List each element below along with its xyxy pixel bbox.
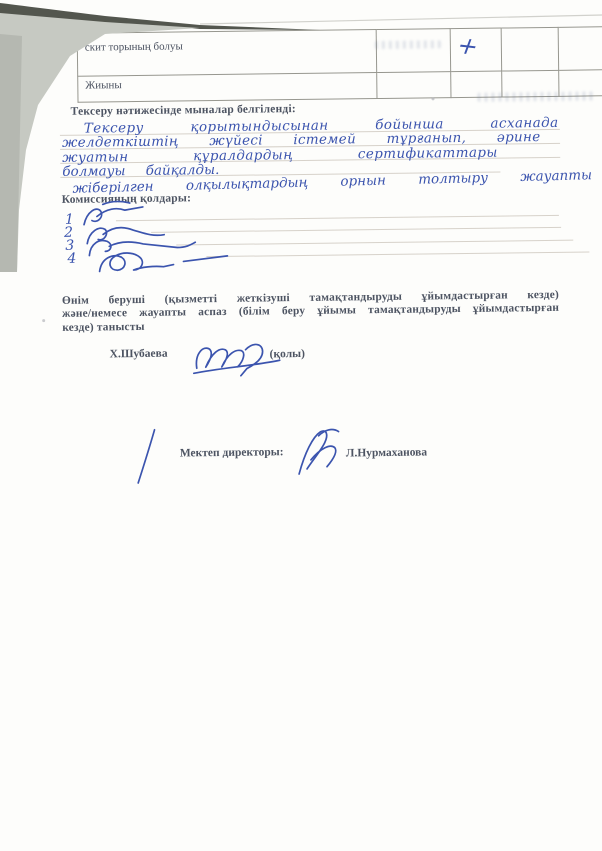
signature-stroke: [196, 348, 244, 369]
shubaeva-signature-icon: [182, 340, 282, 377]
page-edge-shadow-line: [200, 15, 602, 24]
signature-stroke: [299, 431, 328, 474]
signature-stroke: [240, 344, 262, 375]
scanner-artifact: [0, 0, 602, 300]
page-corner-fold: [0, 13, 200, 272]
page-edge-strip: [0, 34, 22, 272]
pen-slash-icon: [131, 426, 160, 486]
signature-stroke: [319, 429, 339, 435]
director-label: Мектеп директоры:: [180, 446, 284, 459]
signature-hint-label: (қолы): [270, 348, 305, 360]
scanned-document-page: скит торының болуы Жиыны + Тексеру нәтиж…: [0, 0, 602, 851]
director-signature-icon: [288, 425, 347, 478]
signature-stroke: [138, 430, 156, 483]
supplier-name: Х.Шубаева: [110, 348, 168, 361]
director-name: Л.Нурмаханова: [346, 446, 427, 459]
signature-stroke: [311, 446, 336, 467]
scan-speck: [42, 319, 45, 322]
